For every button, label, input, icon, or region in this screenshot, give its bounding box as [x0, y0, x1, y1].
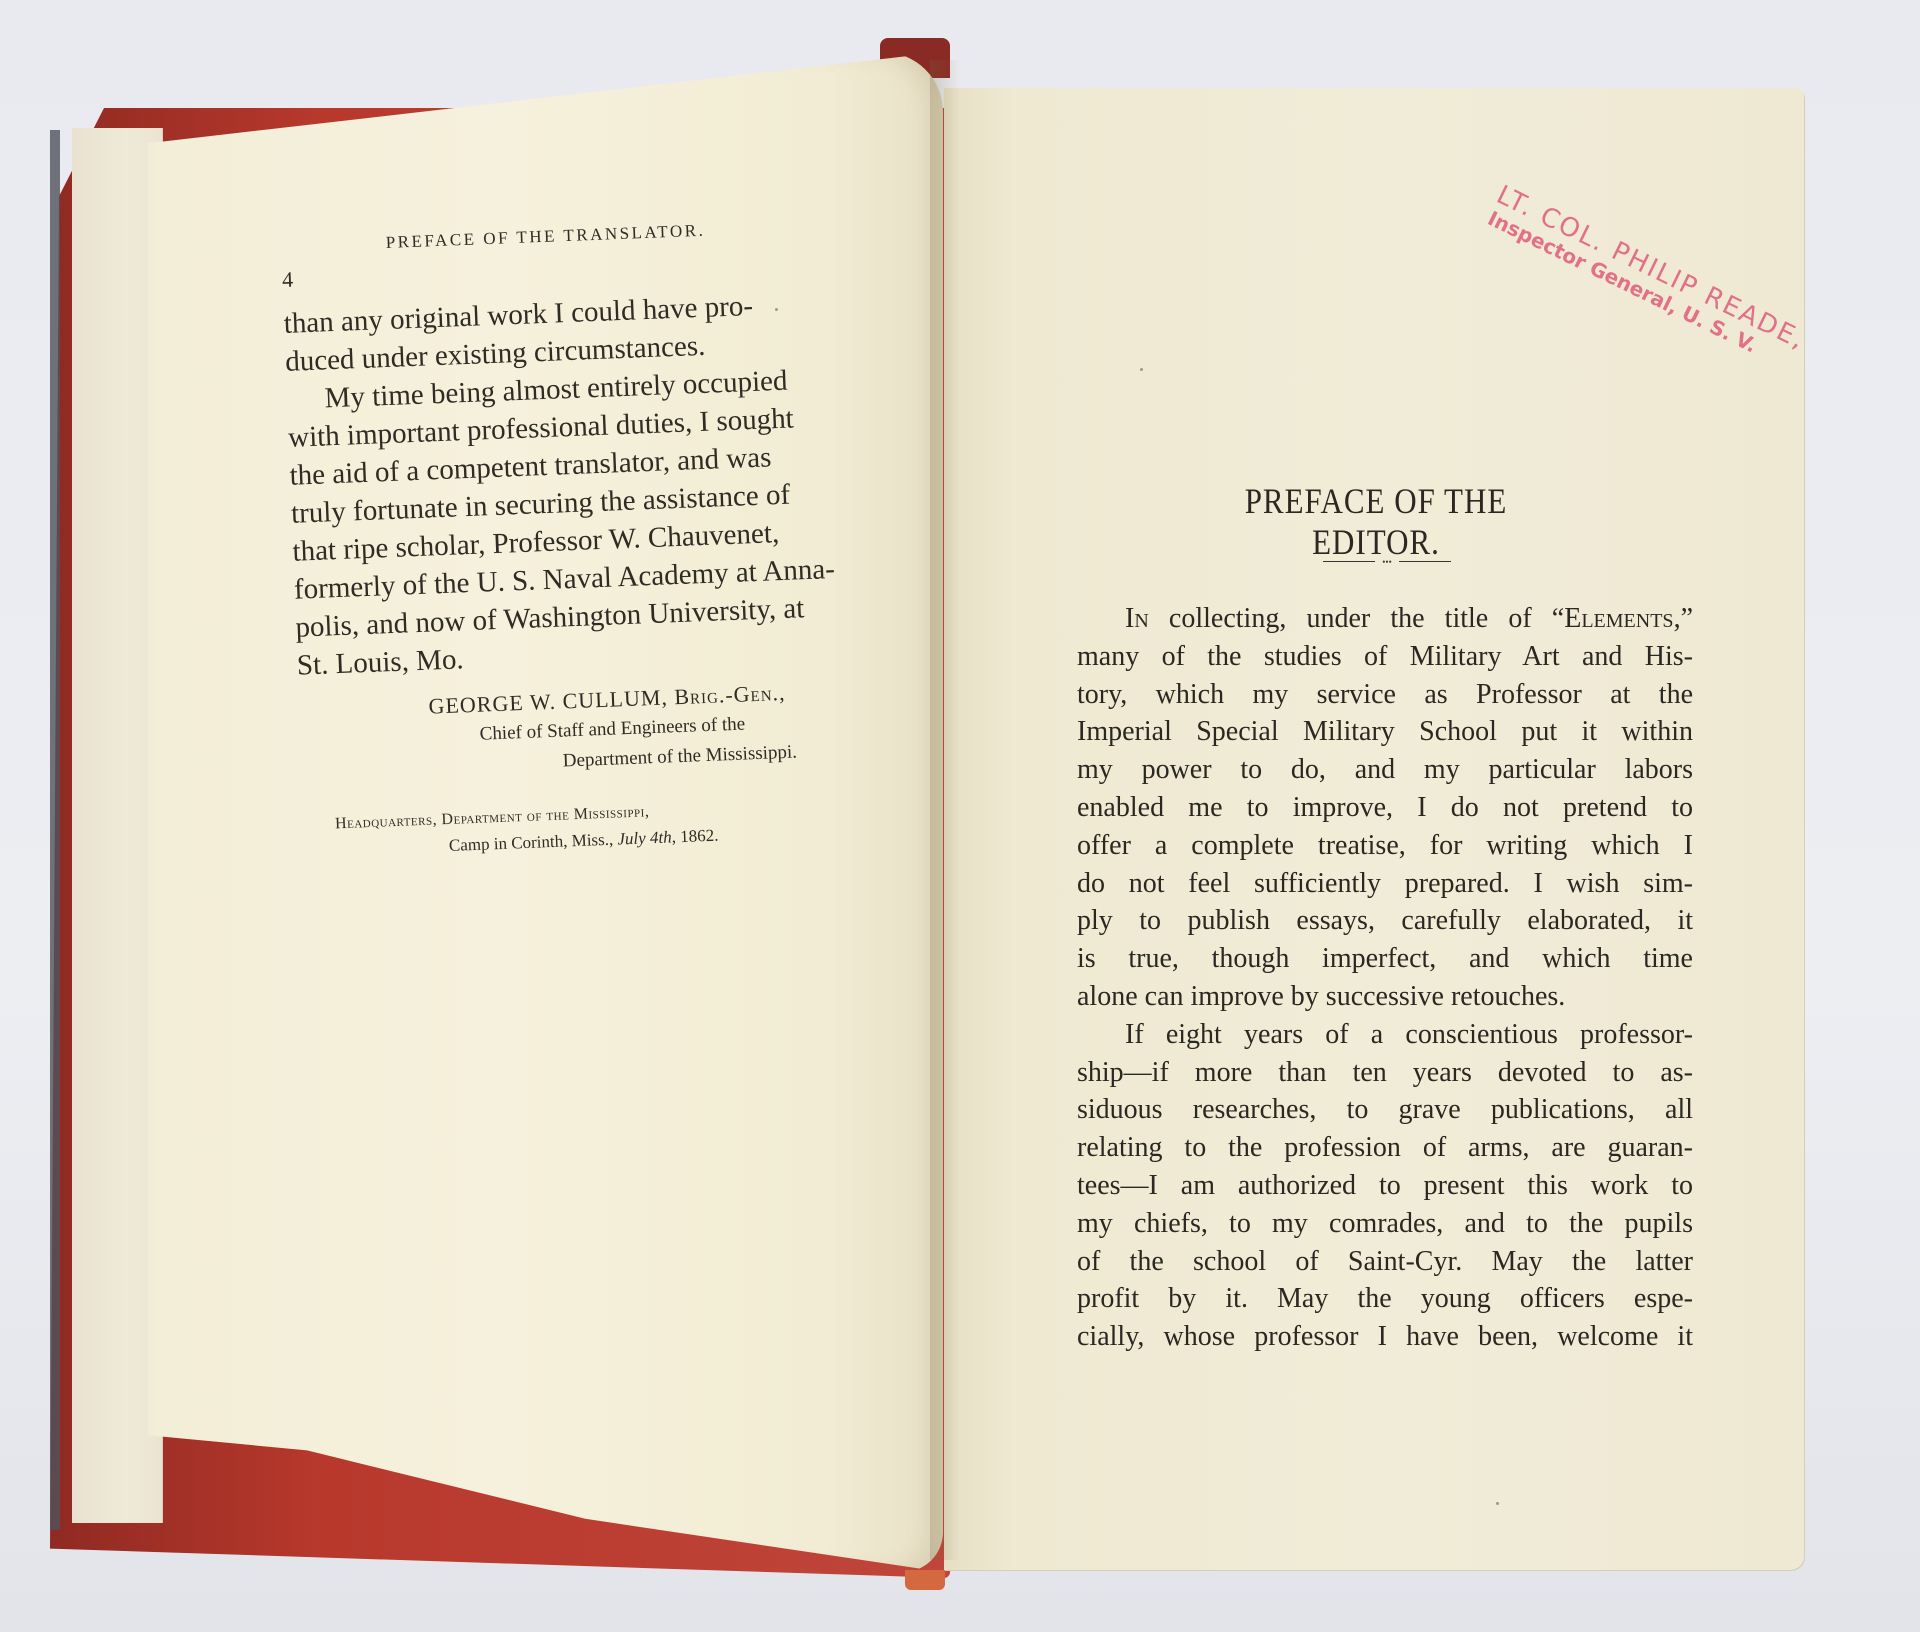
signature-block: GEORGE W. CULLUM, Brig.-Gen., Chief of S… — [298, 674, 881, 786]
text-line: many of the studies of Military Art and … — [1077, 638, 1693, 676]
text-line: siduous researches, to grave publication… — [1077, 1091, 1693, 1129]
paper-speck — [1496, 1502, 1499, 1505]
text-line: do not feel sufficiently prepared. I wis… — [1077, 865, 1693, 903]
text-line: tees—I am authorized to present this wor… — [1077, 1167, 1693, 1205]
title-ornament: ••• — [1323, 558, 1451, 566]
text-line: tory, which my service as Professor at t… — [1077, 676, 1693, 714]
book-spine-edge — [50, 130, 60, 1530]
photo-scene: 4 PREFACE OF THE TRANSLATOR. than any or… — [0, 0, 1920, 1632]
text-line: my power to do, and my particular labors — [1077, 751, 1693, 789]
gutter-shadow — [930, 60, 960, 1560]
dateline-year: , 1862. — [671, 826, 718, 847]
dateline-date: July 4th — [617, 827, 672, 848]
drop-smallcaps: In — [1125, 603, 1149, 634]
text-line: of the school of Saint-Cyr. May the latt… — [1077, 1243, 1693, 1281]
text-line: relating to the profession of arms, are … — [1077, 1129, 1693, 1167]
text-line: In collecting, under the title of “Eleme… — [1077, 600, 1693, 638]
text-line: is true, though imperfect, and which tim… — [1077, 940, 1693, 978]
page-number: 4 — [282, 267, 294, 293]
text-line: alone can improve by successive retouche… — [1077, 978, 1693, 1016]
text-line: ship—if more than ten years devoted to a… — [1077, 1054, 1693, 1092]
signature-rank: Brig.-Gen., — [674, 680, 786, 709]
right-body-text: In collecting, under the title of “Eleme… — [1077, 600, 1693, 1356]
ornament-dots-icon: ••• — [1375, 558, 1399, 566]
text-line: enabled me to improve, I do not pretend … — [1077, 789, 1693, 827]
paper-speck — [775, 308, 778, 311]
text-line: offer a complete treatise, for writing w… — [1077, 827, 1693, 865]
text-line: my chiefs, to my comrades, and to the pu… — [1077, 1205, 1693, 1243]
text-line: If eight years of a conscientious profes… — [1077, 1016, 1693, 1054]
text-line: Imperial Special Military School put it … — [1077, 713, 1693, 751]
book-cover-bottom-corner — [905, 1570, 945, 1590]
ornament-rule-left — [1323, 561, 1375, 562]
left-body-text: than any original work I could have pro-… — [283, 283, 877, 685]
chapter-title: PREFACE OF THE EDITOR. — [1196, 481, 1556, 564]
left-page-text: 4 PREFACE OF THE TRANSLATOR. than any or… — [280, 203, 884, 865]
text-line: profit by it. May the young officers esp… — [1077, 1280, 1693, 1318]
running-head-title: PREFACE OF THE TRANSLATOR. — [385, 221, 705, 253]
dateline-camp-text: Camp in Corinth, Miss., — [449, 830, 618, 855]
elements-smallcaps: Elements — [1564, 603, 1673, 634]
text-line: ply to publish essays, carefully elabora… — [1077, 902, 1693, 940]
ornament-rule-right — [1399, 561, 1451, 562]
text-line: cially, whose professor I have been, wel… — [1077, 1318, 1693, 1356]
paper-speck — [1140, 368, 1143, 371]
